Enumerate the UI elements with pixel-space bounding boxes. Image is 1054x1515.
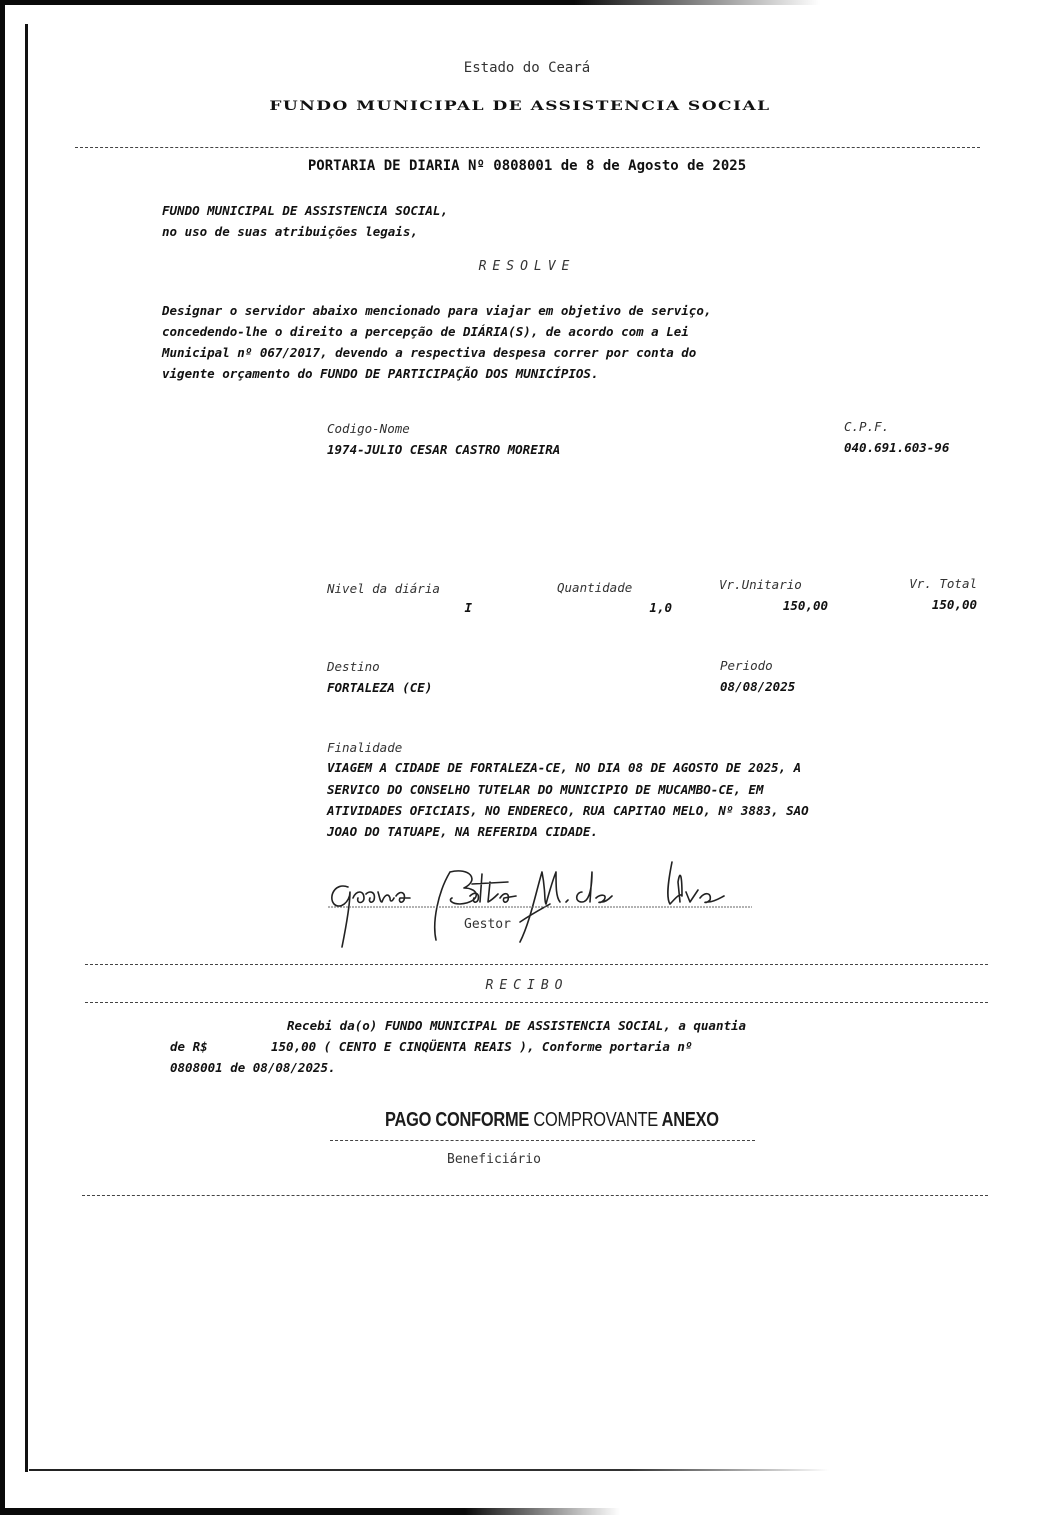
recibo-currency: de R$ [170, 1039, 208, 1054]
recibo-line-2: 150,00 ( CENTO E CINQÜENTA REAIS ), Conf… [271, 1039, 692, 1054]
recibo-line-3: 0808001 de 08/08/2025. [170, 1060, 336, 1075]
recibo-line-1: Recebi da(o) FUNDO MUNICIPAL DE ASSISTEN… [287, 1018, 746, 1033]
codigo-nome-value: 1974-JULIO CESAR CASTRO MOREIRA [327, 442, 560, 457]
portaria-title: PORTARIA DE DIARIA Nº 0808001 de 8 de Ag… [0, 158, 1054, 174]
scan-border-left [0, 0, 5, 1515]
handwritten-signature [320, 852, 760, 952]
body-line-1: Designar o servidor abaixo mencionado pa… [162, 303, 711, 318]
preamble-line-1: FUNDO MUNICIPAL DE ASSISTENCIA SOCIAL, [162, 203, 448, 218]
quantidade-value: 1,0 [580, 600, 672, 615]
fund-title: FUNDO MUNICIPAL DE ASSISTENCIA SOCIAL [160, 98, 880, 114]
vr-total-label: Vr. Total [870, 576, 977, 591]
stamp-text-2: COMPROVANTE [533, 1109, 658, 1131]
nivel-value: I [380, 600, 472, 615]
destino-value: FORTALEZA (CE) [327, 680, 432, 695]
cpf-label: C.P.F. [844, 419, 889, 434]
finalidade-label: Finalidade [327, 740, 402, 755]
body-line-2: concedendo-lhe o direito a percepção de … [162, 324, 689, 339]
beneficiario-label: Beneficiário [447, 1152, 541, 1167]
finalidade-line-2: SERVICO DO CONSELHO TUTELAR DO MUNICIPIO… [327, 782, 764, 797]
codigo-nome-label: Codigo-Nome [327, 421, 410, 436]
cpf-value: 040.691.603-96 [844, 440, 949, 455]
signatory-role: Gestor [464, 917, 511, 932]
preamble-line-2: no uso de suas atribuições legais, [162, 224, 418, 239]
nivel-label: Nivel da diária [327, 581, 440, 596]
page-edge-bottom [29, 1469, 829, 1471]
body-line-4: vigente orçamento do FUNDO DE PARTICIPAÇ… [162, 366, 599, 381]
body-line-3: Municipal nº 067/2017, devendo a respect… [162, 345, 696, 360]
quantidade-label: Quantidade [557, 580, 632, 595]
divider [82, 1195, 988, 1196]
vr-unitario-value: 150,00 [726, 598, 828, 613]
stamp-text-3: ANEXO [662, 1109, 719, 1131]
divider [85, 1002, 988, 1003]
scan-border-bottom [0, 1508, 620, 1515]
recibo-heading: RECIBO [0, 978, 1054, 993]
resolve-heading: RESOLVE [0, 259, 1054, 274]
vr-unitario-label: Vr.Unitario [719, 577, 802, 592]
finalidade-line-3: ATIVIDADES OFICIAIS, NO ENDERECO, RUA CA… [327, 803, 809, 818]
signature-line [330, 1140, 755, 1141]
vr-total-value: 150,00 [870, 597, 977, 612]
page-edge-left [25, 24, 28, 1472]
scan-border-top [0, 0, 820, 5]
payment-stamp: PAGO CONFORME COMPROVANTE ANEXO [385, 1109, 719, 1132]
divider [75, 147, 980, 148]
divider [85, 964, 988, 965]
finalidade-line-1: VIAGEM A CIDADE DE FORTALEZA-CE, NO DIA … [327, 760, 801, 775]
periodo-value: 08/08/2025 [720, 679, 795, 694]
stamp-text-1: PAGO CONFORME [385, 1109, 529, 1131]
finalidade-line-4: JOAO DO TATUAPE, NA REFERIDA CIDADE. [327, 824, 598, 839]
destino-label: Destino [327, 659, 380, 674]
state-name: Estado do Ceará [0, 60, 1054, 76]
periodo-label: Periodo [720, 658, 773, 673]
